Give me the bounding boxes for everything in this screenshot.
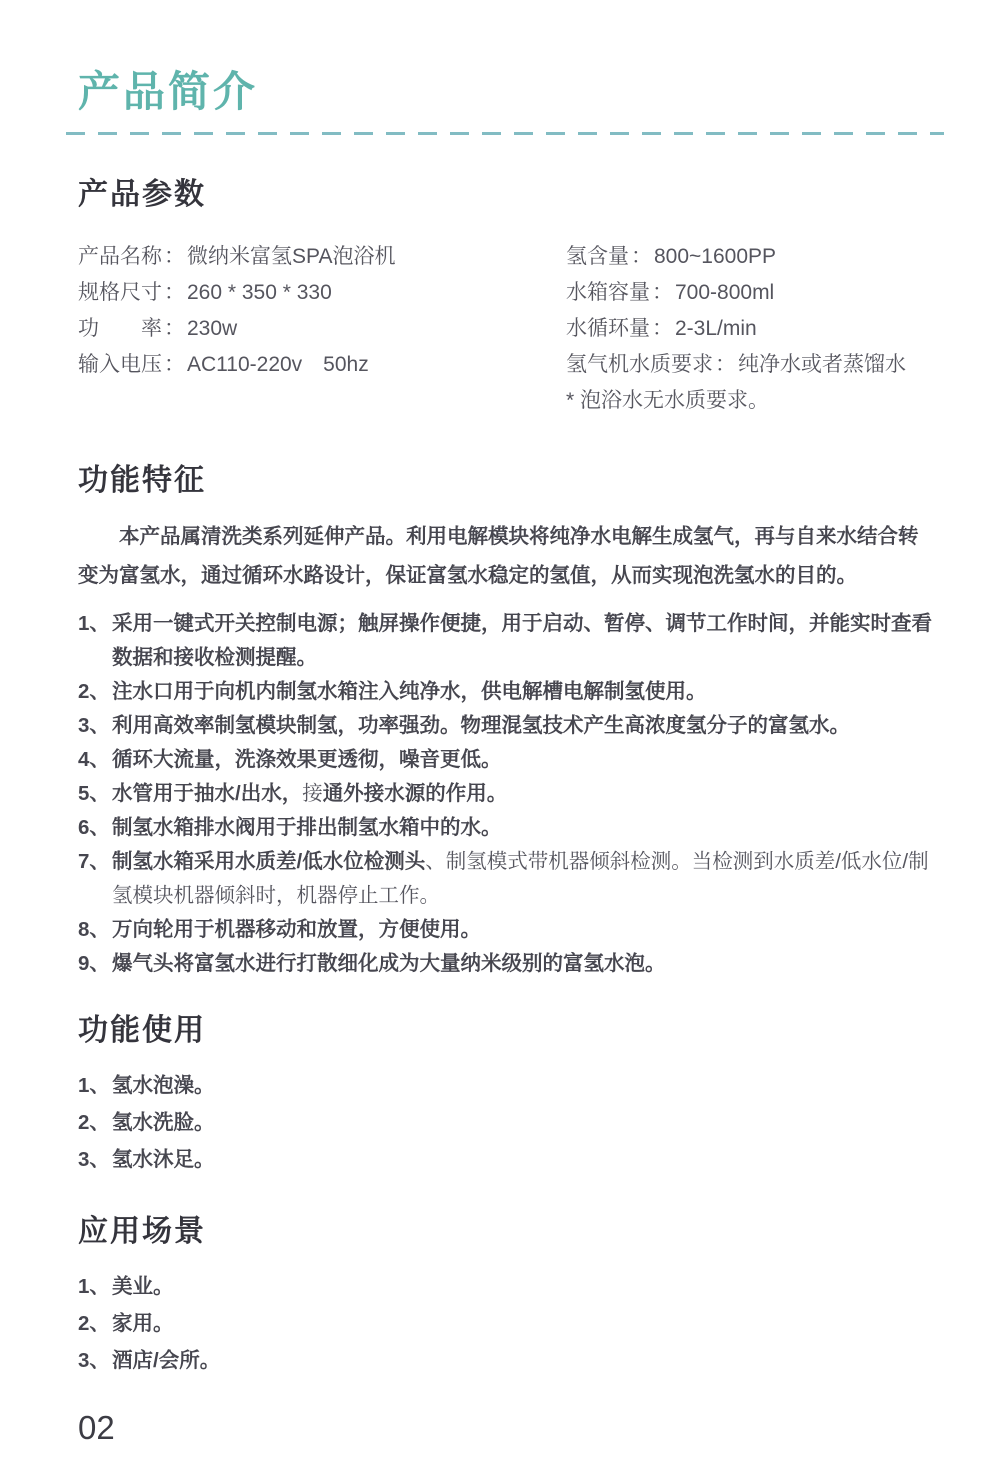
list-item: 3、利用高效率制氢模块制氢，功率强劲。物理混氢技术产生高浓度氢分子的富氢水。 [78,709,938,743]
text-bold: 采用一键式开关控制电源；触屏操作便捷，用于启动、暂停、调节工作时间，并能实时查看… [112,612,932,669]
param-colon: ： [162,281,187,304]
section-scenarios: 应用场景 1、美业。2、家用。3、酒店/会所。 [78,1206,938,1379]
text-bold: 酒店/会所。 [112,1349,220,1372]
list-item-number: 7、 [78,845,112,913]
list-item-text: 氢水沐足。 [112,1141,938,1178]
text-bold: 爆气头将富氢水进行打散细化成为大量纳米级别的富氢水泡。 [112,952,666,975]
scenarios-list: 1、美业。2、家用。3、酒店/会所。 [78,1268,938,1379]
params-heading: 产品参数 [78,169,938,213]
param-value: 230w [187,317,237,340]
list-item: 1、美业。 [78,1268,938,1305]
list-item-text: 利用高效率制氢模块制氢，功率强劲。物理混氢技术产生高浓度氢分子的富氢水。 [112,709,938,743]
list-item-text: 氢水洗脸。 [112,1104,938,1141]
list-item-text: 美业。 [112,1268,938,1305]
document-page: 产品简介 产品参数 产品名称：微纳米富氢SPA泡浴机规格尺寸：260 * 350… [0,0,1008,1465]
section-features: 功能特征 本产品属清洗类系列延伸产品。利用电解模块将纯净水电解生成氢气，再与自来… [78,455,938,981]
list-item-text: 万向轮用于机器移动和放置，方便使用。 [112,913,938,947]
list-item-text: 注水口用于向机内制氢水箱注入纯净水，供电解槽电解制氢使用。 [112,675,938,709]
list-item-number: 4、 [78,743,112,777]
param-row: 规格尺寸：260 * 350 * 330 [78,275,566,311]
text-bold: 制氢水箱采用水质差/低水位检测头 [112,850,425,873]
params-rows-right: 氢含量：800~1600PP水箱容量：700-800ml水循环量：2-3L/mi… [566,239,938,383]
features-intro: 本产品属清洗类系列延伸产品。利用电解模块将纯净水电解生成氢气，再与自来水结合转变… [78,517,938,595]
param-label: 规格尺寸 [78,281,162,304]
page-number: 02 [78,1409,938,1447]
features-heading: 功能特征 [78,455,938,499]
param-label: 功 率 [78,317,162,340]
param-value: 260 * 350 * 330 [187,281,332,304]
text-bold: 水管用于抽水/出水， [112,782,302,805]
list-item-text: 水管用于抽水/出水，接通外接水源的作用。 [112,777,938,811]
param-value: 纯净水或者蒸馏水 [738,353,906,376]
list-item-number: 2、 [78,1305,112,1342]
param-row: 产品名称：微纳米富氢SPA泡浴机 [78,239,566,275]
list-item-number: 1、 [78,607,112,675]
params-column-left: 产品名称：微纳米富氢SPA泡浴机规格尺寸：260 * 350 * 330功 率：… [78,239,566,419]
scenarios-heading: 应用场景 [78,1206,938,1250]
list-item-number: 3、 [78,1342,112,1379]
list-item-number: 3、 [78,1141,112,1178]
list-item: 5、水管用于抽水/出水，接通外接水源的作用。 [78,777,938,811]
list-item-text: 制氢水箱采用水质差/低水位检测头、制氢模式带机器倾斜检测。当检测到水质差/低水位… [112,845,938,913]
param-row: 功 率：230w [78,311,566,347]
list-item-text: 爆气头将富氢水进行打散细化成为大量纳米级别的富氢水泡。 [112,947,938,981]
param-colon: ： [162,317,187,340]
usage-heading: 功能使用 [78,1005,938,1049]
text-bold: 氢水沐足。 [112,1148,215,1171]
list-item: 8、万向轮用于机器移动和放置，方便使用。 [78,913,938,947]
text-bold: 美业。 [112,1275,174,1298]
params-footnote: * 泡浴水无水质要求。 [566,383,938,419]
page-title: 产品简介 [78,68,938,116]
param-colon: ： [629,245,654,268]
param-colon: ： [650,281,675,304]
list-item-text: 酒店/会所。 [112,1342,938,1379]
text-bold: 通外接水源的作用。 [323,782,508,805]
list-item: 2、氢水洗脸。 [78,1104,938,1141]
params-grid: 产品名称：微纳米富氢SPA泡浴机规格尺寸：260 * 350 * 330功 率：… [78,239,938,419]
param-value: 700-800ml [675,281,774,304]
param-colon: ： [650,317,675,340]
list-item: 3、酒店/会所。 [78,1342,938,1379]
param-label: 产品名称 [78,245,162,268]
list-item-number: 2、 [78,675,112,709]
list-item: 9、爆气头将富氢水进行打散细化成为大量纳米级别的富氢水泡。 [78,947,938,981]
list-item-number: 1、 [78,1067,112,1104]
list-item: 3、氢水沐足。 [78,1141,938,1178]
list-item-text: 循环大流量，洗涤效果更透彻，噪音更低。 [112,743,938,777]
text-bold: 制氢水箱排水阀用于排出制氢水箱中的水。 [112,816,502,839]
usage-list: 1、氢水泡澡。2、氢水洗脸。3、氢水沐足。 [78,1067,938,1178]
list-item-number: 3、 [78,709,112,743]
list-item: 4、循环大流量，洗涤效果更透彻，噪音更低。 [78,743,938,777]
list-item-number: 5、 [78,777,112,811]
features-list: 1、采用一键式开关控制电源；触屏操作便捷，用于启动、暂停、调节工作时间，并能实时… [78,607,938,981]
list-item: 6、制氢水箱排水阀用于排出制氢水箱中的水。 [78,811,938,845]
param-label: 水箱容量 [566,281,650,304]
list-item: 2、家用。 [78,1305,938,1342]
param-value: AC110-220v 50hz [187,353,369,376]
text-bold: 氢水泡澡。 [112,1074,215,1097]
param-row: 水箱容量：700-800ml [566,275,938,311]
param-value: 2-3L/min [675,317,757,340]
text-bold: 循环大流量，洗涤效果更透彻，噪音更低。 [112,748,502,771]
param-label: 水循环量 [566,317,650,340]
list-item-text: 家用。 [112,1305,938,1342]
params-column-right: 氢含量：800~1600PP水箱容量：700-800ml水循环量：2-3L/mi… [566,239,938,419]
list-item-number: 8、 [78,913,112,947]
text-bold: 家用。 [112,1312,174,1335]
dashed-divider [66,132,944,135]
param-colon: ： [162,245,187,268]
list-item: 2、注水口用于向机内制氢水箱注入纯净水，供电解槽电解制氢使用。 [78,675,938,709]
text-bold: 氢水洗脸。 [112,1111,215,1134]
list-item-number: 9、 [78,947,112,981]
param-row: 水循环量：2-3L/min [566,311,938,347]
list-item: 7、制氢水箱采用水质差/低水位检测头、制氢模式带机器倾斜检测。当检测到水质差/低… [78,845,938,913]
list-item-text: 制氢水箱排水阀用于排出制氢水箱中的水。 [112,811,938,845]
list-item: 1、采用一键式开关控制电源；触屏操作便捷，用于启动、暂停、调节工作时间，并能实时… [78,607,938,675]
list-item-text: 氢水泡澡。 [112,1067,938,1104]
param-value: 800~1600PP [654,245,776,268]
param-row: 氢含量：800~1600PP [566,239,938,275]
param-colon: ： [713,353,738,376]
text-bold: 注水口用于向机内制氢水箱注入纯净水，供电解槽电解制氢使用。 [112,680,707,703]
list-item-number: 2、 [78,1104,112,1141]
param-value: 微纳米富氢SPA泡浴机 [187,245,395,268]
section-product-params: 产品参数 产品名称：微纳米富氢SPA泡浴机规格尺寸：260 * 350 * 33… [78,169,938,419]
param-label: 氢含量 [566,245,629,268]
param-colon: ： [162,353,187,376]
text-bold: 万向轮用于机器移动和放置，方便使用。 [112,918,481,941]
list-item-number: 6、 [78,811,112,845]
param-row: 输入电压：AC110-220v 50hz [78,347,566,383]
param-row: 氢气机水质要求：纯净水或者蒸馏水 [566,347,938,383]
text-bold: 利用高效率制氢模块制氢，功率强劲。物理混氢技术产生高浓度氢分子的富氢水。 [112,714,850,737]
text-regular: 接 [302,782,323,805]
list-item-number: 1、 [78,1268,112,1305]
list-item-text: 采用一键式开关控制电源；触屏操作便捷，用于启动、暂停、调节工作时间，并能实时查看… [112,607,938,675]
list-item: 1、氢水泡澡。 [78,1067,938,1104]
section-usage: 功能使用 1、氢水泡澡。2、氢水洗脸。3、氢水沐足。 [78,1005,938,1178]
param-label: 输入电压 [78,353,162,376]
param-label: 氢气机水质要求 [566,353,713,376]
